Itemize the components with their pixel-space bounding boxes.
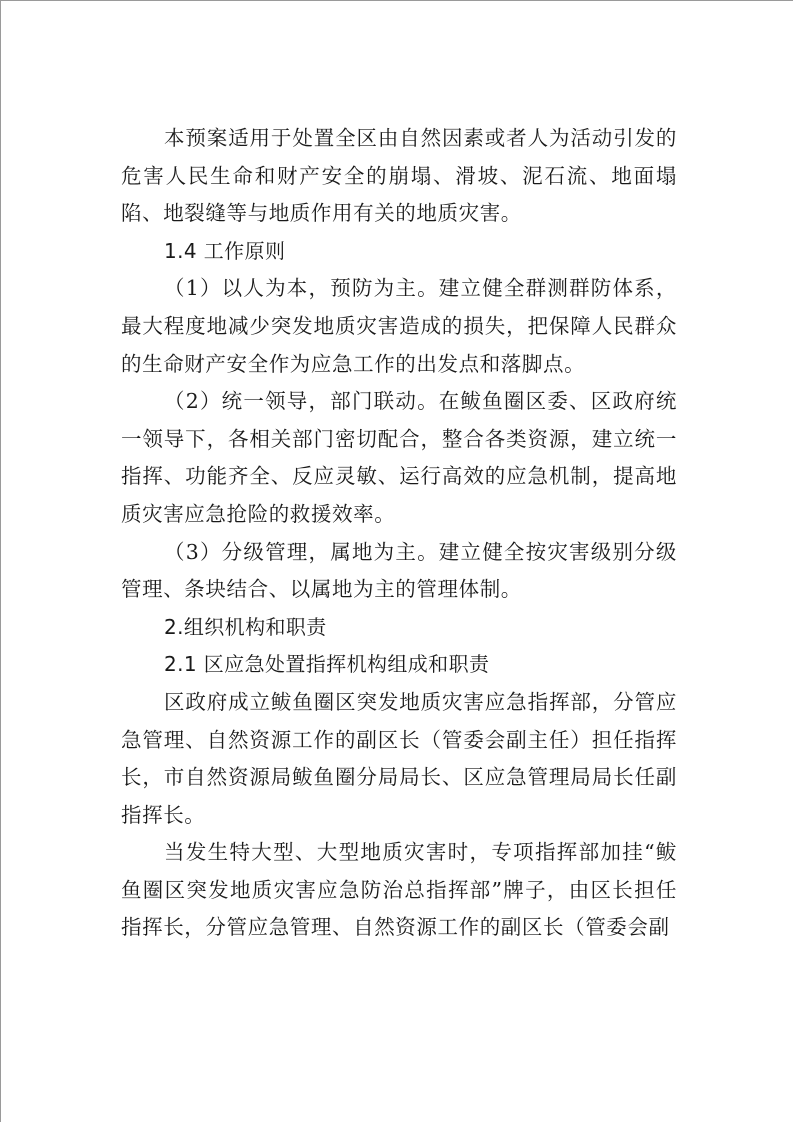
paragraph-scope: 本预案适用于处置全区由自然因素或者人为活动引发的危害人民生命和财产安全的崩塌、滑… [121,120,677,233]
paragraph-principle-1: （1）以人为本，预防为主。建立健全群测群防体系，最大程度地减少突发地质灾害造成的… [121,270,677,383]
heading-command-structure: 2.1 区应急处置指挥机构组成和职责 [121,646,677,684]
paragraph-principle-3: （3）分级管理，属地为主。建立健全按灾害级别分级管理、条块结合、以属地为主的管理… [121,534,677,609]
page-content: 本预案适用于处置全区由自然因素或者人为活动引发的危害人民生命和财产安全的崩塌、滑… [121,120,677,947]
paragraph-principle-2: （2）统一领导，部门联动。在鲅鱼圈区委、区政府统一领导下，各相关部门密切配合，整… [121,383,677,533]
heading-working-principles: 1.4 工作原则 [121,233,677,271]
document-page: 本预案适用于处置全区由自然因素或者人为活动引发的危害人民生命和财产安全的崩塌、滑… [0,0,793,1122]
paragraph-major-disaster: 当发生特大型、大型地质灾害时，专项指挥部加挂“鲅鱼圈区突发地质灾害应急防治总指挥… [121,834,677,947]
heading-organization: 2.组织机构和职责 [121,609,677,647]
paragraph-command-hq: 区政府成立鲅鱼圈区突发地质灾害应急指挥部，分管应急管理、自然资源工作的副区长（管… [121,684,677,834]
